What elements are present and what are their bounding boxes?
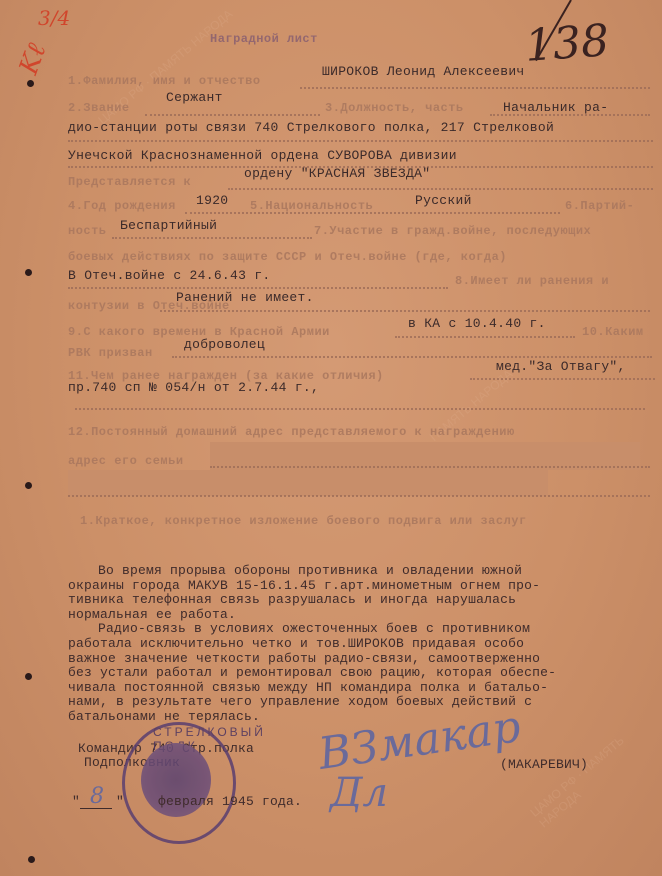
field-value-name: ШИРОКОВ Леонид Алексеевич [322,64,525,79]
date-day: 8 [90,784,104,809]
field-label-participation-cont: боевых действиях по защите СССР и Отеч.в… [68,250,507,264]
field-underline [470,378,655,380]
field-label-party-cont: ность [68,224,107,238]
field-label-address-cont: адрес его семьи [68,454,184,468]
punch-hole [28,856,35,863]
field-value-birth-year: 1920 [196,193,228,208]
date-close-quote: " [116,795,124,810]
section-title-feat: 1.Краткое, конкретное изложение боевого … [80,514,527,528]
narrative-line: тивника телефонная связь разрушалась и и… [68,593,556,608]
field-label-name: 1.Фамилия, имя и отчество [68,74,261,88]
field-value-previous-awards: мед."За Отвагу", [496,359,626,374]
date-underline [80,808,112,809]
field-underline [68,287,448,289]
narrative-line: важное значение четкости работы радио-св… [68,652,556,667]
field-underline [490,114,650,116]
field-underline [145,114,320,116]
narrative-line: нормальная ее работа. [68,608,556,623]
award-sheet-page: ЦАМО РФ · ПАМЯТЬ НАРОДА ЦАМО РФ · ПАМЯТЬ… [0,0,662,876]
field-underline [185,212,560,214]
field-value-army-since: в КА с 10.4.40 г. [408,316,546,331]
field-underline [68,140,653,142]
field-value-wounds: Ранений не имеет. [176,290,314,305]
field-value-position: Начальник ра- [503,100,608,115]
punch-hole [27,80,34,87]
field-value-party: Беспартийный [120,218,217,233]
field-underline [112,237,312,239]
date-text: февраля 1945 года. [158,795,302,810]
archive-number: 138 [523,15,610,72]
red-handwritten-mark: 3/4 [38,6,70,30]
field-label-party: 6.Партий- [565,199,634,213]
handwritten-signature-flourish: Дл [330,770,388,816]
field-underline [172,356,652,358]
narrative-line: Во время прорыва обороны противника и ов… [68,564,556,579]
field-label-wounds: 8.Имеет ли ранения и [455,274,609,288]
redacted-area [68,470,548,496]
narrative-line: окраины города МАКУВ 15-16.1.45 г.арт.ми… [68,579,556,594]
narrative-line: Радио-связь в условиях ожесточенных боев… [68,622,556,637]
field-label-address: 12.Постоянный домашний адрес представляе… [68,425,515,439]
narrative-text: Во время прорыва обороны противника и ов… [68,564,556,725]
field-value-position-cont: дио-станции роты связи 740 Стрелкового п… [68,120,554,135]
field-label-rank: 2.Звание [68,101,130,115]
field-value-participation: В Отеч.войне с 24.6.43 г. [68,268,271,283]
narrative-line: работала исключительно четко и тов.ШИРОК… [68,637,556,652]
field-underline [75,408,645,410]
date-open-quote: " [72,795,80,810]
field-value-rank: Сержант [166,90,223,105]
punch-hole [25,269,32,276]
field-label-conscripted-by-cont: РВК призван [68,346,153,360]
field-value-conscripted-by: доброволец [184,337,265,352]
field-underline [160,310,650,312]
document-title: Наградной лист [210,32,318,46]
punch-hole [25,673,32,680]
field-value-award: ордену "КРАСНАЯ ЗВЕЗДА" [244,166,430,181]
field-label-award: Представляется к [68,175,191,189]
punch-hole [25,482,32,489]
narrative-line: без устали работал и ремонтировал свою р… [68,666,556,681]
field-underline [210,466,650,468]
watermark: ЦАМО РФ · ПАМЯТЬ НАРОДА [528,718,655,831]
field-underline [68,495,650,497]
field-label-position: 3.Должность, часть [325,101,464,115]
field-label-conscripted-by: 10.Каким [582,325,644,339]
field-underline [300,87,650,89]
field-label-nationality: 5.Национальность [250,199,373,213]
field-value-previous-awards-cont: пр.740 сп № 054/н от 2.7.44 г., [68,380,319,395]
signatory-name: (МАКАРЕВИЧ) [500,758,588,773]
field-value-position-cont: Унечской Краснознаменной ордена СУВОРОВА… [68,148,457,163]
field-underline [228,188,653,190]
field-label-birth-year: 4.Год рождения [68,199,176,213]
narrative-line: чивала постоянной связью между НП команд… [68,681,556,696]
red-handwritten-mark: Kℓ [14,40,53,79]
field-value-nationality: Русский [415,193,472,208]
field-label-participation: 7.Участие в гражд.войне, последующих [314,224,591,238]
unit-stamp: СТРЕЛКОВЫЙ ПОЛК [122,722,236,844]
field-underline [395,336,575,338]
